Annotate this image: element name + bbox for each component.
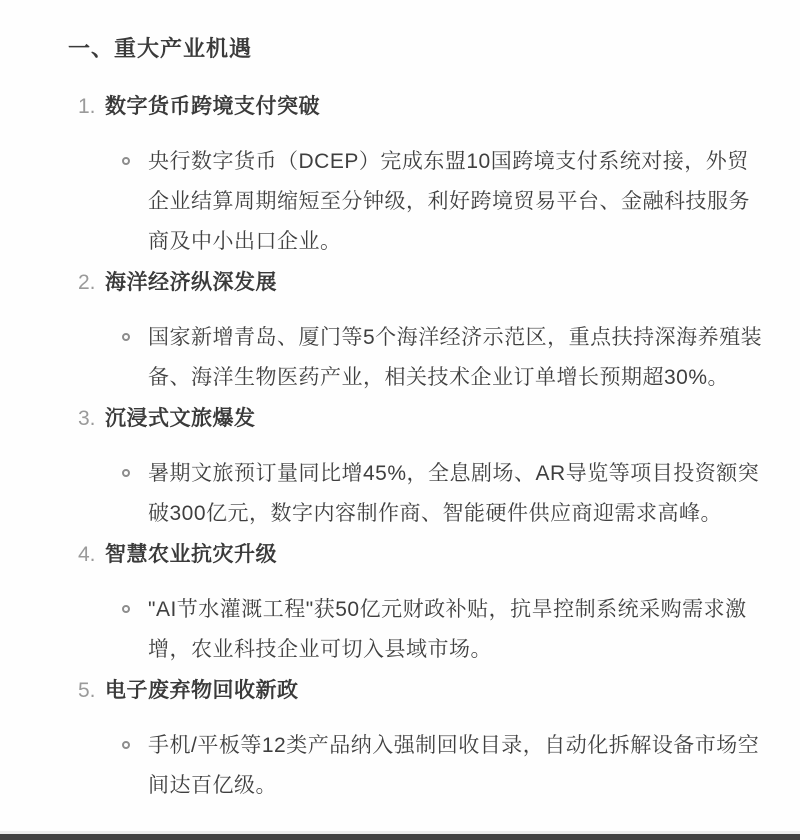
list-item-2: 2. 海洋经济纵深发展 国家新增青岛、厦门等5个海洋经济示范区，重点扶持深海养殖…: [68, 270, 770, 398]
item-title-row: 5. 电子废弃物回收新政: [68, 678, 770, 704]
bullet-circle-icon: [122, 142, 148, 182]
document-content: 一、重大产业机遇 1. 数字货币跨境支付突破 央行数字货币（DCEP）完成东盟1…: [0, 0, 800, 806]
bullet-item: 国家新增青岛、厦门等5个海洋经济示范区，重点扶持深海养殖装 备、海洋生物医药产业…: [122, 318, 770, 398]
bullet-text: 手机/平板等12类产品纳入强制回收目录，自动化拆解设备市场空 间达百亿级。: [148, 726, 759, 806]
item-title: 海洋经济纵深发展: [105, 270, 277, 296]
bullet-circle-icon: [122, 318, 148, 358]
item-number: 2.: [78, 270, 105, 296]
item-title-row: 3. 沉浸式文旅爆发: [68, 406, 770, 432]
bullet-circle-icon: [122, 590, 148, 630]
bottom-edge-bar: [0, 834, 800, 840]
item-number: 4.: [78, 542, 105, 568]
item-title: 数字货币跨境支付突破: [105, 94, 320, 120]
bullet-item: "AI节水灌溉工程"获50亿元财政补贴，抗旱控制系统采购需求激 增，农业科技企业…: [122, 590, 770, 670]
bullet-item: 暑期文旅预订量同比增45%，全息剧场、AR导览等项目投资额突 破300亿元，数字…: [122, 454, 770, 534]
item-number: 1.: [78, 94, 105, 120]
bullet-circle-icon: [122, 726, 148, 766]
bullet-text: 国家新增青岛、厦门等5个海洋经济示范区，重点扶持深海养殖装 备、海洋生物医药产业…: [148, 318, 762, 398]
bullet-item: 央行数字货币（DCEP）完成东盟10国跨境支付系统对接，外贸 企业结算周期缩短至…: [122, 142, 770, 262]
bullet-text: 央行数字货币（DCEP）完成东盟10国跨境支付系统对接，外贸 企业结算周期缩短至…: [148, 142, 750, 262]
item-title: 智慧农业抗灾升级: [105, 542, 277, 568]
list-item-4: 4. 智慧农业抗灾升级 "AI节水灌溉工程"获50亿元财政补贴，抗旱控制系统采购…: [68, 542, 770, 670]
item-title-row: 4. 智慧农业抗灾升级: [68, 542, 770, 568]
bullet-text: 暑期文旅预订量同比增45%，全息剧场、AR导览等项目投资额突 破300亿元，数字…: [148, 454, 759, 534]
item-number: 3.: [78, 406, 105, 432]
item-number: 5.: [78, 678, 105, 704]
section-heading: 一、重大产业机遇: [68, 36, 770, 62]
bullet-item: 手机/平板等12类产品纳入强制回收目录，自动化拆解设备市场空 间达百亿级。: [122, 726, 770, 806]
document-page: 一、重大产业机遇 1. 数字货币跨境支付突破 央行数字货币（DCEP）完成东盟1…: [0, 0, 800, 840]
item-title-row: 1. 数字货币跨境支付突破: [68, 94, 770, 120]
item-title: 电子废弃物回收新政: [105, 678, 299, 704]
list-item-1: 1. 数字货币跨境支付突破 央行数字货币（DCEP）完成东盟10国跨境支付系统对…: [68, 94, 770, 262]
bullet-circle-icon: [122, 454, 148, 494]
list-item-5: 5. 电子废弃物回收新政 手机/平板等12类产品纳入强制回收目录，自动化拆解设备…: [68, 678, 770, 806]
item-title-row: 2. 海洋经济纵深发展: [68, 270, 770, 296]
bullet-text: "AI节水灌溉工程"获50亿元财政补贴，抗旱控制系统采购需求激 增，农业科技企业…: [148, 590, 747, 670]
list-item-3: 3. 沉浸式文旅爆发 暑期文旅预订量同比增45%，全息剧场、AR导览等项目投资额…: [68, 406, 770, 534]
item-title: 沉浸式文旅爆发: [105, 406, 256, 432]
